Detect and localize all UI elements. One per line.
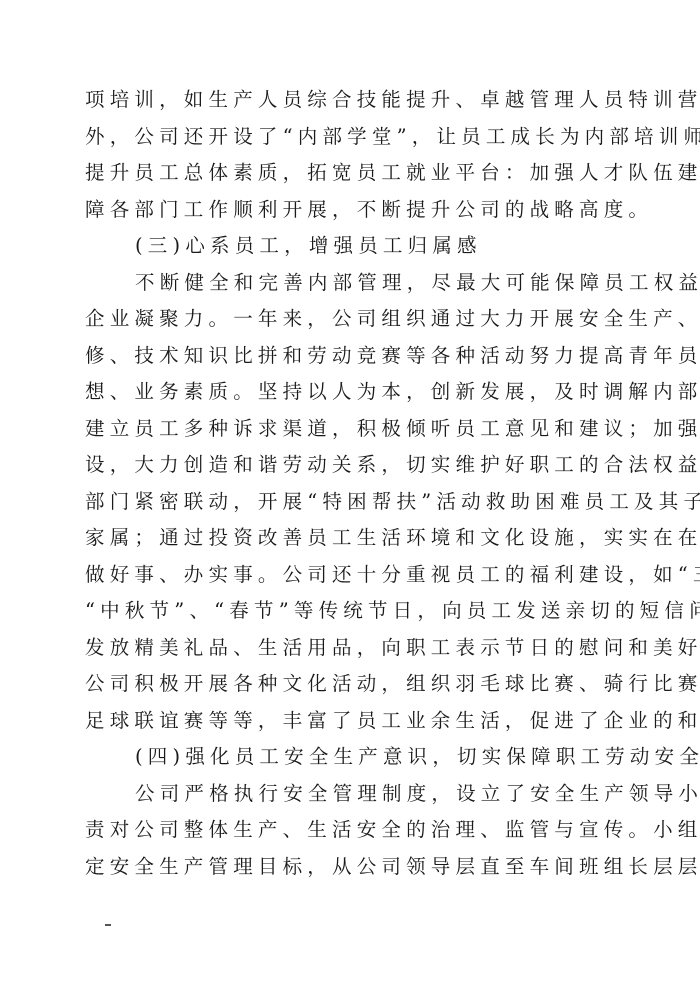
text-line-17: 公司积极开展各种文化活动，组织羽毛球比赛、骑行比赛、职工 <box>85 666 620 703</box>
text-line-15: “中秋节”、“春节”等传统节日，向员工发送亲切的短信问候， <box>85 593 620 630</box>
text-line-22: 定安全生产管理目标，从公司领导层直至车间班组长层层落实， <box>85 849 620 886</box>
footer-mark <box>105 924 111 926</box>
document-page: 项培训，如生产人员综合技能提升、卓越管理人员特训营等。此 外，公司还开设了“内部… <box>85 82 620 885</box>
text-line-3: 提升员工总体素质，拓宽员工就业平台：加强人才队伍建设，保 <box>85 155 620 192</box>
section-heading-4: (四)强化员工安全生产意识，切实保障职工劳动安全。 <box>85 739 620 776</box>
text-line-1: 项培训，如生产人员综合技能提升、卓越管理人员特训营等。此 <box>85 82 620 119</box>
text-line-2: 外，公司还开设了“内部学堂”，让员工成长为内部培训师，不断 <box>85 119 620 156</box>
text-line-16: 发放精美礼品、生活用品，向职工表示节日的慰问和美好祝福。 <box>85 630 620 667</box>
text-line-18: 足球联谊赛等等，丰富了员工业余生活，促进了企业的和谐发展。 <box>85 703 620 740</box>
text-line-20: 公司严格执行安全管理制度，设立了安全生产领导小组，负 <box>85 776 620 813</box>
text-line-12: 部门紧密联动，开展“特困帮扶”活动救助困难员工及其子女、 <box>85 484 620 521</box>
section-heading-3: (三)心系员工，增强员工归属感 <box>85 228 620 265</box>
text-line-6: 不断健全和完善内部管理，尽最大可能保障员工权益，增强 <box>85 265 620 302</box>
text-line-10: 建立员工多种诉求渠道，积极倾听员工意见和建议；加强制度建 <box>85 411 620 448</box>
text-line-11: 设，大力创造和谐劳动关系，切实维护好职工的合法权益。党群 <box>85 447 620 484</box>
text-line-4: 障各部门工作顺利开展，不断提升公司的战略高度。 <box>85 192 620 229</box>
text-line-14: 做好事、办实事。公司还十分重视员工的福利建设，如“三八节”、 <box>85 557 620 594</box>
text-line-7: 企业凝聚力。一年来，公司组织通过大力开展安全生产、职业进 <box>85 301 620 338</box>
text-line-8: 修、技术知识比拼和劳动竞赛等各种活动努力提高青年员工的思 <box>85 338 620 375</box>
text-line-9: 想、业务素质。坚持以人为本，创新发展，及时调解内部矛盾； <box>85 374 620 411</box>
text-line-13: 家属；通过投资改善员工生活环境和文化设施，实实在在为员工 <box>85 520 620 557</box>
text-line-21: 责对公司整体生产、生活安全的治理、监管与宣传。小组每年制 <box>85 812 620 849</box>
